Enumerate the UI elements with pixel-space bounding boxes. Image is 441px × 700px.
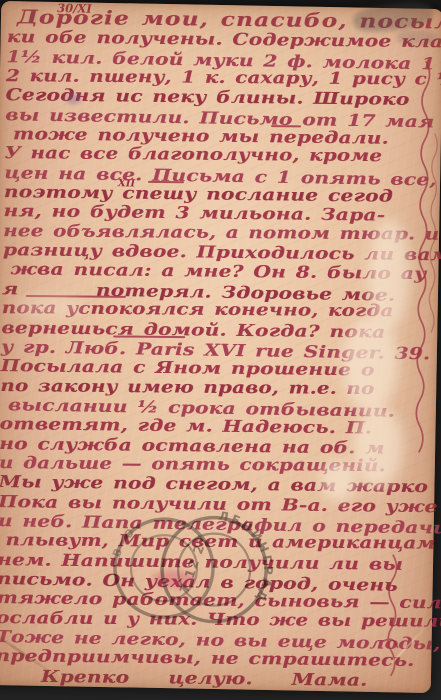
ink-underline [148, 181, 184, 183]
postcard: 30/XI XII Дорогіе мои, спасибо, посылки … [0, 1, 441, 693]
postcard-scan: 30/XI XII Дорогіе мои, спасибо, посылки … [0, 0, 441, 700]
postmark-remnant [397, 30, 437, 45]
ink-blot [65, 94, 81, 104]
postmark-stamp: ЛЕНИНГРАД В О 7 12 27 [105, 490, 282, 644]
ink-underline [271, 125, 301, 127]
